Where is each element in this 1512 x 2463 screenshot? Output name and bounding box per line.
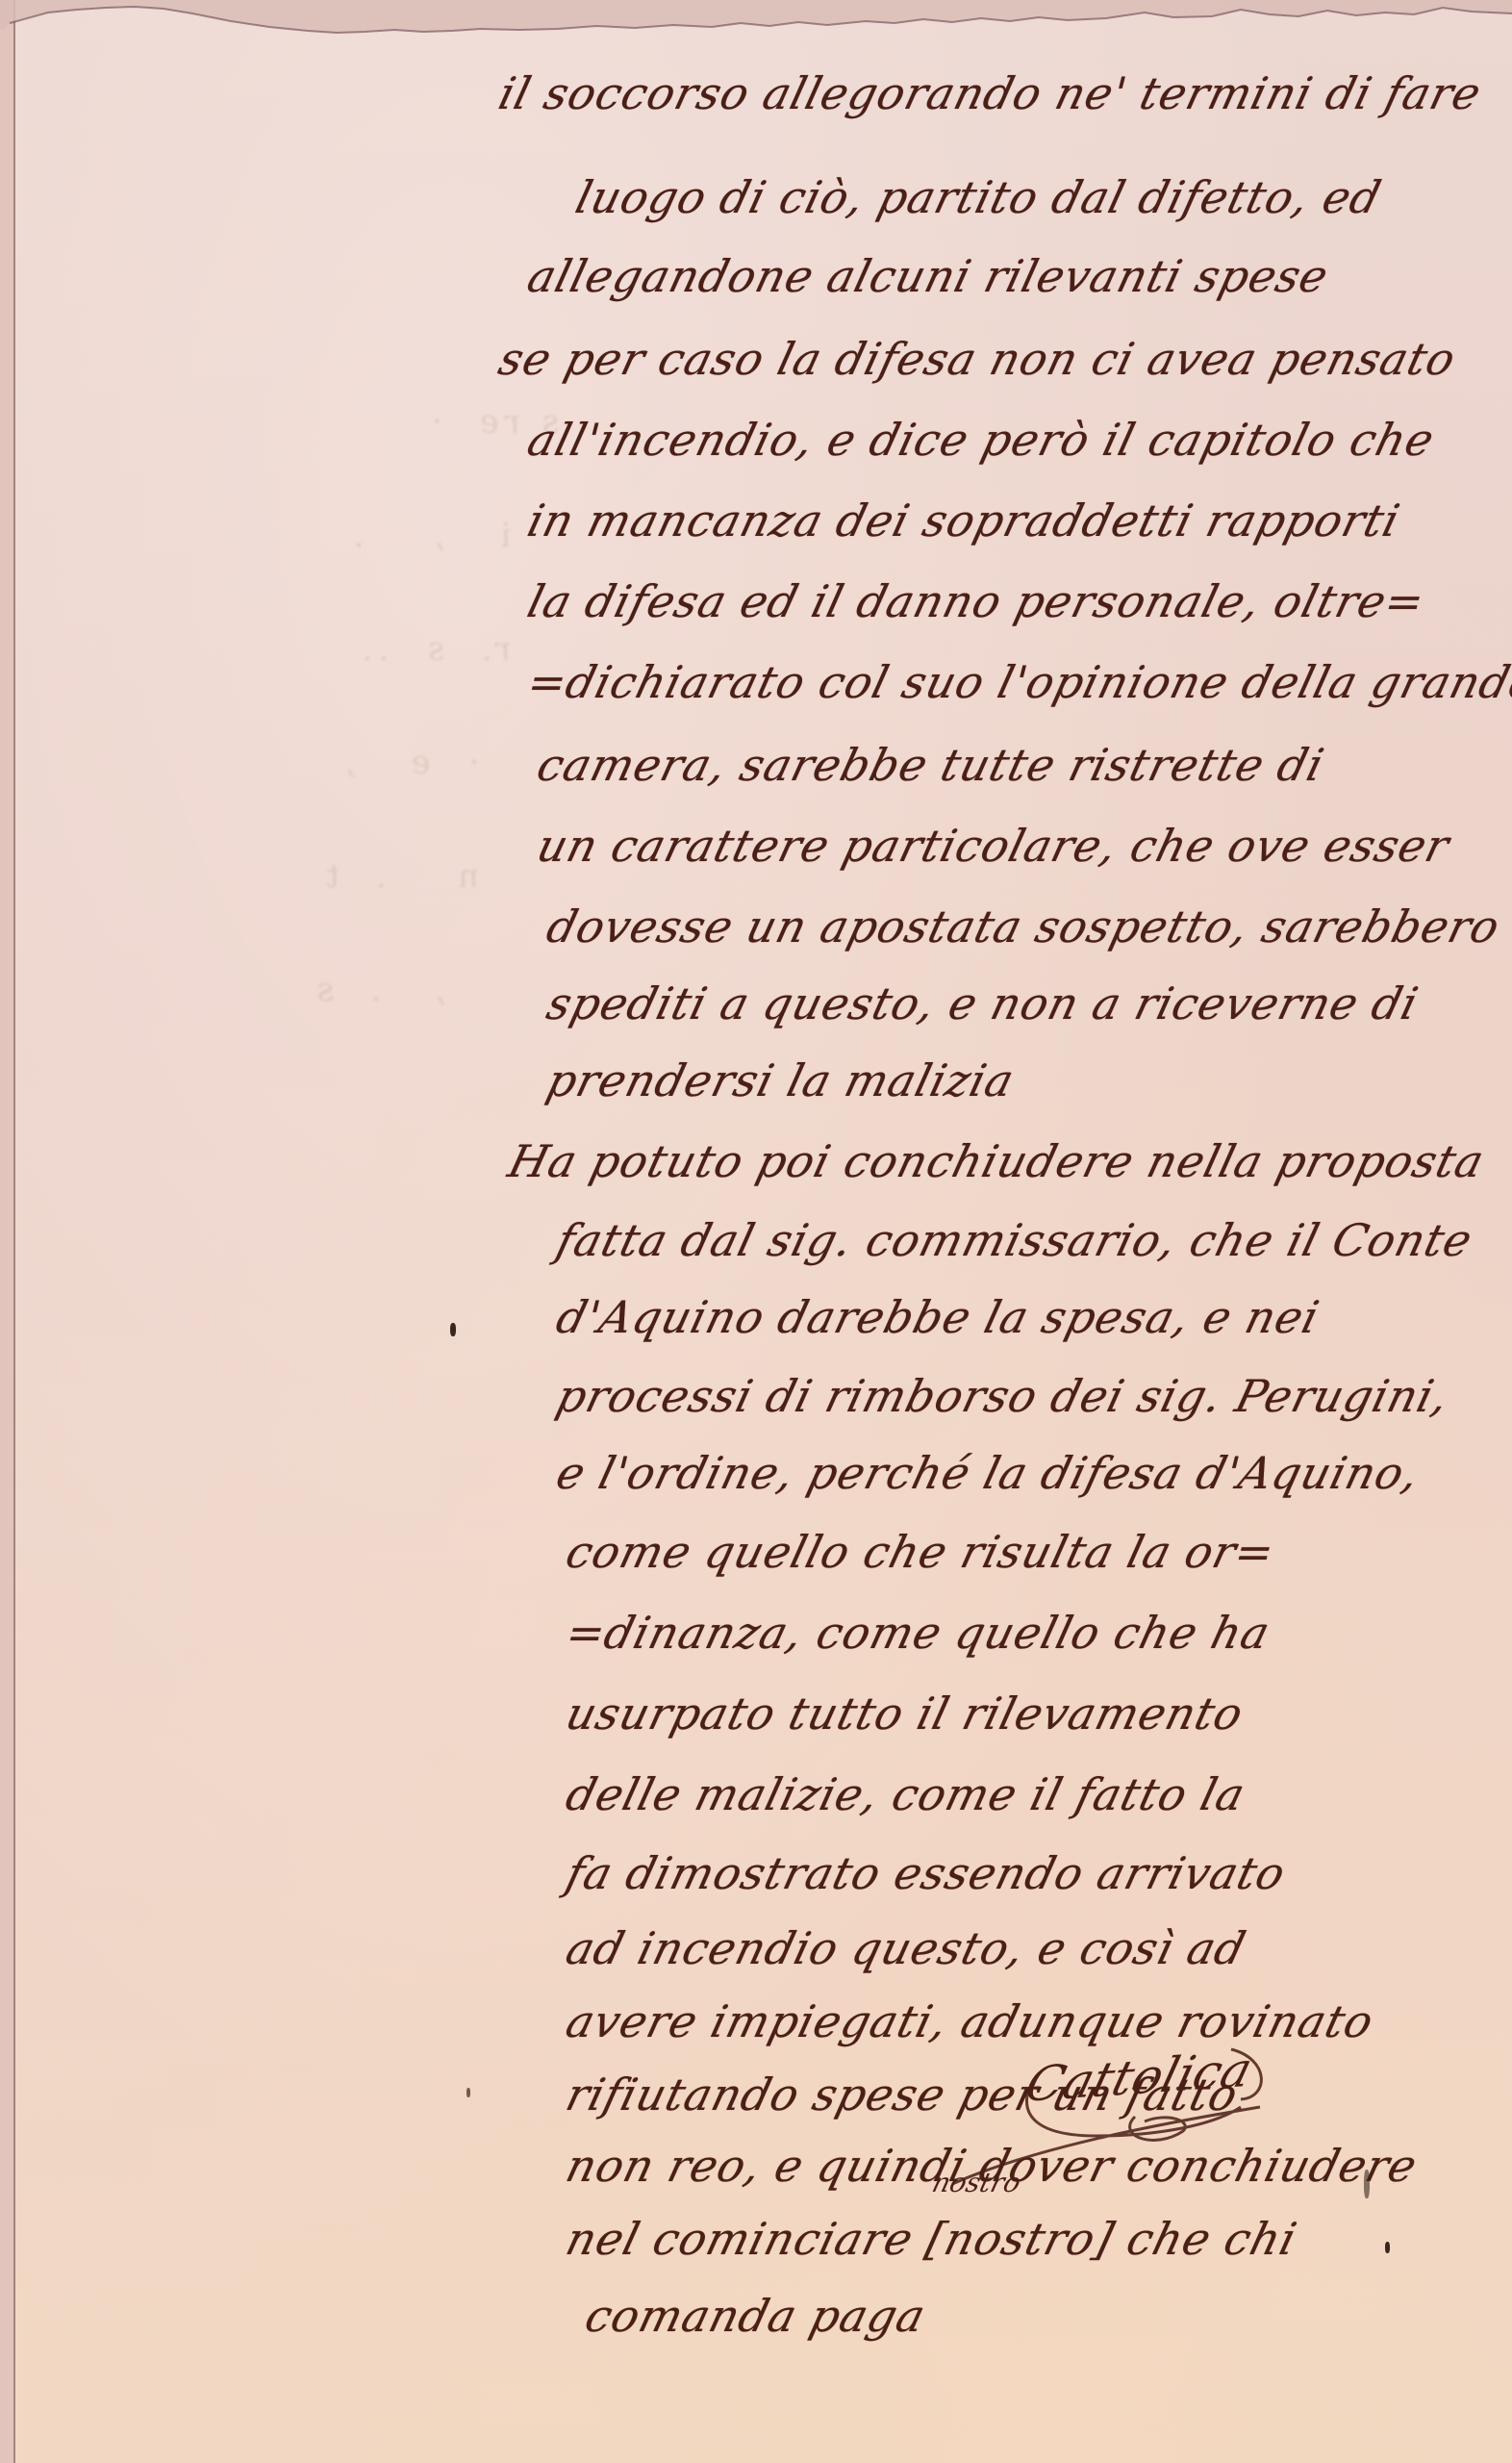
text-line-1: il soccorso allegorando ne' termini di f…	[493, 67, 1487, 119]
ink-speck	[1385, 2242, 1390, 2253]
ink-speck	[1364, 2170, 1370, 2198]
text-line-3: allegandone alcuni rilevanti spese	[522, 250, 1334, 302]
text-line-21: usurpato tutto il rilevamento	[561, 1688, 1248, 1739]
text-line-14: Ha potuto poi conchiudere nella proposta	[503, 1135, 1490, 1187]
text-line-17: processi di rimborso dei sig. Perugini,	[551, 1370, 1454, 1422]
text-line-15: fatta dal sig. commissario, che il Conte	[551, 1214, 1477, 1266]
bleed-through-text: s re · i , . r. s .. · e , n . t , . s	[10, 366, 567, 1047]
text-line-29: comanda paga	[580, 2290, 931, 2342]
text-line-7: la difesa ed il danno personale, oltre=	[522, 575, 1430, 627]
text-line-24: ad incendio questo, e così ad	[561, 1922, 1251, 1974]
text-line-23: fa dimostrato essendo arrivato	[561, 1847, 1291, 1899]
manuscript-page: s re · i , . r. s .. · e , n . t , . s i…	[0, 0, 1512, 2463]
text-line-16: d'Aquino darebbe la spesa, e nei	[551, 1291, 1324, 1343]
text-line-8: =dichiarato col suo l'opinione della gra…	[522, 656, 1512, 708]
text-line-13: prendersi la malizia	[542, 1054, 1020, 1106]
text-line-5: all'incendio, e dice però il capitolo ch…	[522, 414, 1440, 466]
signature: Cattolica	[923, 2030, 1327, 2194]
ink-speck	[466, 2088, 470, 2097]
text-line-9: camera, sarebbe tutte ristrette di	[532, 739, 1329, 791]
text-line-11: dovesse un apostata sospetto, sarebbero	[542, 901, 1505, 952]
text-line-20: =dinanza, come quello che ha	[561, 1607, 1275, 1659]
text-line-2: luogo di ciò, partito dal difetto, ed	[570, 171, 1387, 223]
text-line-10: un carattere particolare, che ove esser	[532, 820, 1454, 872]
text-line-12: spediti a questo, e non a riceverne di	[542, 978, 1424, 1029]
ink-speck	[450, 1323, 456, 1336]
text-line-19: come quello che risulta la or=	[561, 1526, 1280, 1578]
text-line-28: nel cominciare [nostro] che chi	[561, 2213, 1302, 2265]
torn-top-edge	[0, 0, 1512, 38]
text-line-4: se per caso la difesa non ci avea pensat…	[493, 333, 1461, 385]
paper-left-edge	[0, 0, 15, 2463]
text-line-6: in mancanza dei sopraddetti rapporti	[522, 495, 1405, 546]
text-line-18: e l'ordine, perché la difesa d'Aquino,	[551, 1447, 1424, 1499]
text-line-22: delle malizie, come il fatto la	[561, 1768, 1250, 1820]
